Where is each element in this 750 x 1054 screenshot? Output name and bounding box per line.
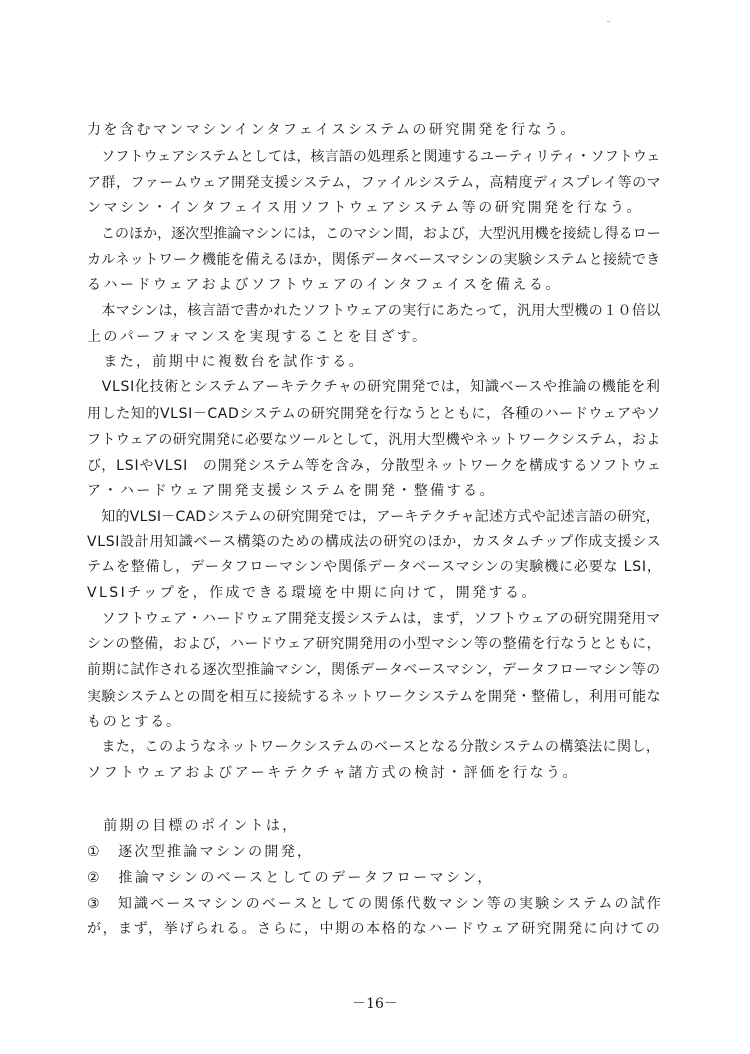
text-line: ② 推論マシンのベースとしてのデータフローマシン， xyxy=(87,869,667,887)
text-line: また，このようなネットワークシステムのベースとなる分散システムの構築法に関し， xyxy=(87,738,667,756)
text-line: 本マシンは，核言語で書かれたソフトウェアの実行にあたって，汎用大型機の１０倍以 xyxy=(87,302,667,320)
scan-speck xyxy=(607,21,610,22)
page-number: －16－ xyxy=(0,993,750,1013)
text-line: 上のパーフォマンスを実現することを目ざす。 xyxy=(87,328,667,346)
text-line: カルネットワーク機能を備えるほか，関係データベースマシンの実験システムと接続でき xyxy=(87,251,667,269)
text-line: 力を含むマンマシンインタフェイスシステムの研究開発を行なう。 xyxy=(87,121,667,139)
text-line: ものとする。 xyxy=(87,713,667,731)
text-line: VLSI設計用知識ベース構築のための構成法の研究のほか，カスタムチップ作成支援シ… xyxy=(87,533,667,551)
text-line: このほか，逐次型推論マシンには，このマシン間，および，大型汎用機を接続し得るロー xyxy=(87,225,667,243)
text-line: ③ 知識ベースマシンのベースとしての関係代数マシン等の実験システムの試作 xyxy=(87,895,667,913)
text-line: 前期に試作される逐次型推論マシン，関係データベースマシン，データフローマシン等の xyxy=(87,661,667,679)
text-line: テムを整備し，データフローマシンや関係データベースマシンの実験機に必要な LSI… xyxy=(87,558,667,576)
text-line: VLSI化技術とシステムアーキテクチャの研究開発では，知識ベースや推論の機能を利 xyxy=(87,378,667,396)
text-line: 実験システムとの間を相互に接続するネットワークシステムを開発・整備し，利用可能な xyxy=(87,688,667,706)
text-line: ソフトウェアおよびアーキテクチャ諸方式の検討・評価を行なう。 xyxy=(87,764,667,782)
text-line: ① 逐次型推論マシンの開発， xyxy=(87,843,667,861)
text-line: び，LSIやVLSI の開発システム等を含み，分散型ネットワークを構成するソフト… xyxy=(87,457,667,475)
text-line: ア・ハードウェア開発支援システムを開発・整備する。 xyxy=(87,482,667,500)
text-line: ソフトウェア・ハードウェア開発支援システムは，まず，ソフトウェアの研究開発用マ xyxy=(87,610,667,628)
text-line: 知的VLSI－CADシステムの研究開発では，アーキテクチャ記述方式や記述言語の研… xyxy=(87,508,667,526)
text-line: ソフトウェアシステムとしては，核言語の処理系と関連するユーティリティ・ソフトウェ xyxy=(87,148,667,166)
text-line: また，前期中に複数台を試作する。 xyxy=(87,353,667,371)
text-line: フトウェアの研究開発に必要なツールとして，汎用大型機やネットワークシステム，およ xyxy=(87,431,667,449)
text-line: VLSIチップを，作成できる環境を中期に向けて，開発する。 xyxy=(87,584,667,602)
text-line: ンマシン・インタフェイス用ソフトウェアシステム等の研究開発を行なう。 xyxy=(87,199,667,217)
text-line: が，まず，挙げられる。さらに，中期の本格的なハードウェア研究開発に向けての xyxy=(87,920,667,938)
text-line: ア群，ファームウェア開発支援システム，ファイルシステム，高精度ディスプレイ等のマ xyxy=(87,174,667,192)
text-line: るハードウェアおよびソフトウェアのインタフェイスを備える。 xyxy=(87,276,667,294)
text-line: シンの整備，および，ハードウェア研究開発用の小型マシン等の整備を行なうとともに， xyxy=(87,635,667,653)
text-line: 前期の目標のポイントは， xyxy=(87,817,667,835)
text-line: 用した知的VLSI－CADシステムの研究開発を行なうとともに，各種のハードウェア… xyxy=(87,405,667,423)
document-page: 力を含むマンマシンインタフェイスシステムの研究開発を行なう。 ソフトウェアシステ… xyxy=(0,0,750,1054)
